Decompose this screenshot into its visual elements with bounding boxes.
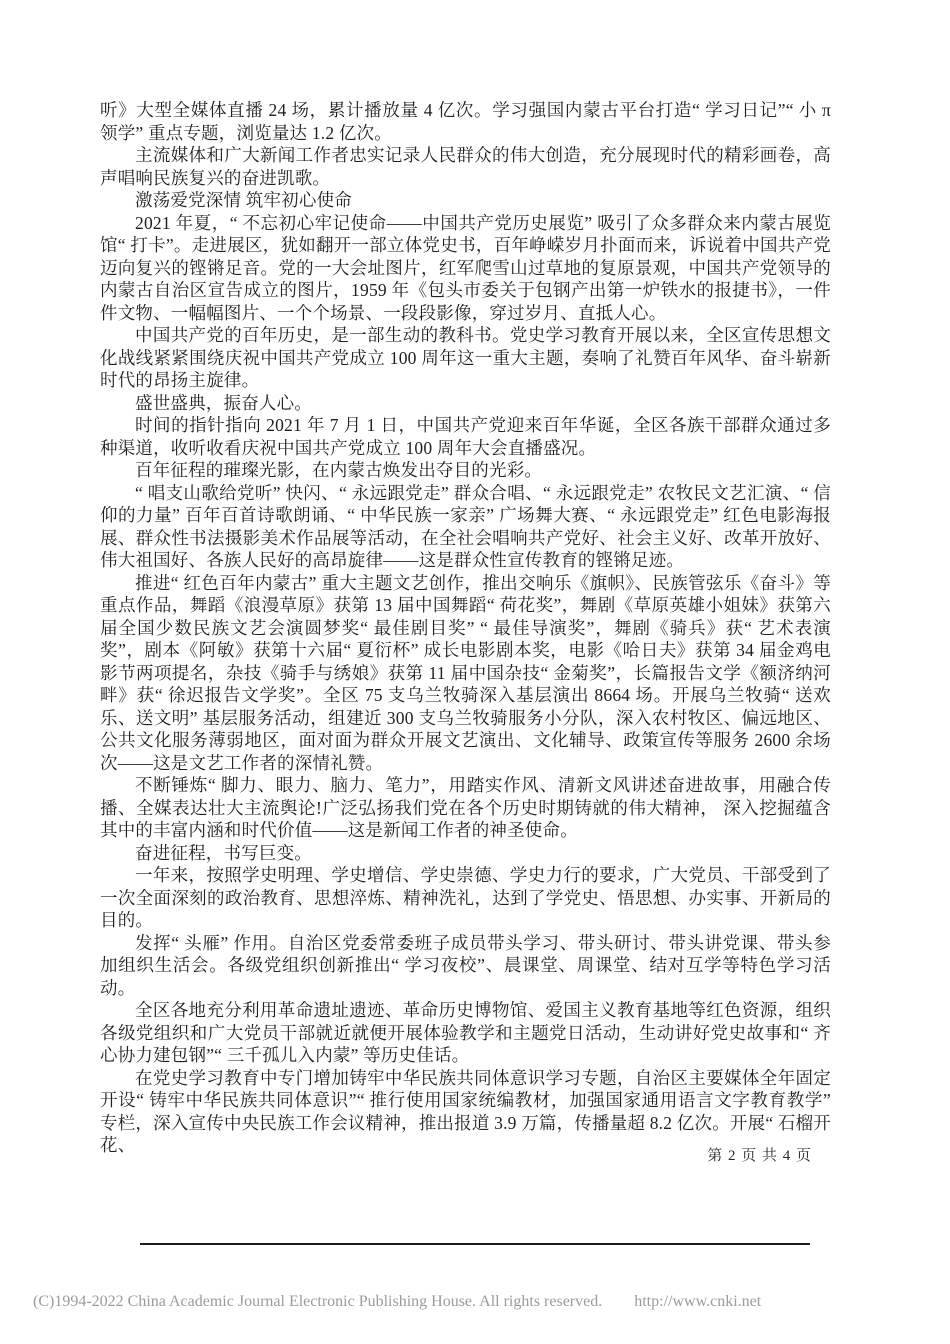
paragraph: 主流媒体和广大新闻工作者忠实记录人民群众的伟大创造，充分展现时代的精彩画卷，高声… bbox=[100, 144, 831, 189]
paragraph: 盛世盛典，振奋人心。 bbox=[100, 392, 831, 415]
paragraph: 在党史学习教育中专门增加铸牢中华民族共同体意识学习专题，自治区主要媒体全年固定开… bbox=[100, 1067, 831, 1157]
paragraph: 发挥“ 头雁” 作用。自治区党委常委班子成员带头学习、带头研讨、带头讲党课、带头… bbox=[100, 932, 831, 1000]
document-page: 听》大型全媒体直播 24 场，累计播放量 4 亿次。学习强国内蒙古平台打造“ 学… bbox=[0, 0, 950, 1344]
copyright-text: (C)1994-2022 China Academic Journal Elec… bbox=[33, 1293, 602, 1310]
paragraph: 奋进征程，书写巨变。 bbox=[100, 842, 831, 865]
page-number: 第 2 页 共 4 页 bbox=[100, 1144, 812, 1165]
paragraph: 2021 年夏，“ 不忘初心牢记使命——中国共产党历史展览” 吸引了众多群众来内… bbox=[100, 212, 831, 325]
paragraph: 中国共产党的百年历史，是一部生动的教科书。党史学习教育开展以来，全区宣传思想文化… bbox=[100, 324, 831, 392]
paragraph: 一年来，按照学史明理、学史增信、学史崇德、学史力行的要求，广大党员、干部受到了一… bbox=[100, 864, 831, 932]
paragraph: 推进“ 红色百年内蒙古” 重大主题文艺创作，推出交响乐《旗帜》、民族管弦乐《奋斗… bbox=[100, 572, 831, 775]
paragraph: 时间的指针指向 2021 年 7 月 1 日，中国共产党迎来百年华诞，全区各族干… bbox=[100, 414, 831, 459]
section-heading: 激荡爱党深情 筑牢初心使命 bbox=[100, 189, 831, 212]
footer-divider bbox=[140, 1243, 810, 1245]
copyright-line: (C)1994-2022 China Academic Journal Elec… bbox=[33, 1293, 943, 1311]
paragraph: 百年征程的璀璨光影，在内蒙古焕发出夺目的光彩。 bbox=[100, 459, 831, 482]
paragraph: 全区各地充分利用革命遗址遗迹、革命历史博物馆、爱国主义教育基地等红色资源，组织各… bbox=[100, 999, 831, 1067]
paragraph: “ 唱支山歌给党听” 快闪、“ 永远跟党走” 群众合唱、“ 永远跟党走” 农牧民… bbox=[100, 482, 831, 572]
cnki-url: http://www.cnki.net bbox=[634, 1293, 761, 1310]
paragraph: 不断锤炼“ 脚力、眼力、脑力、笔力”，用踏实作风、清新文风讲述奋进故事，用融合传… bbox=[100, 774, 831, 842]
article-body: 听》大型全媒体直播 24 场，累计播放量 4 亿次。学习强国内蒙古平台打造“ 学… bbox=[100, 99, 831, 1157]
paragraph: 听》大型全媒体直播 24 场，累计播放量 4 亿次。学习强国内蒙古平台打造“ 学… bbox=[100, 99, 831, 144]
